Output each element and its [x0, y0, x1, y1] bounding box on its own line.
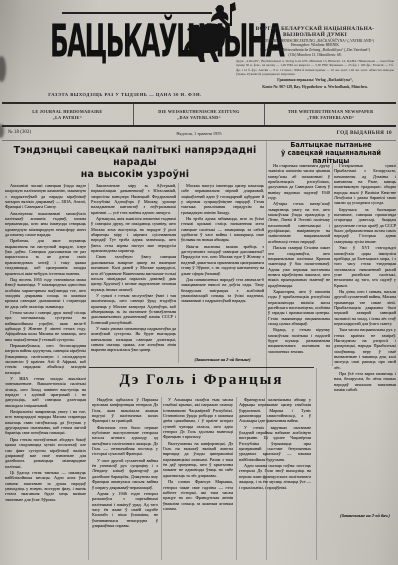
paragraph: Артыкулы, якія зьявіліся апошнімі тыдням… — [91, 216, 176, 253]
article-de-gaulle-colB: У Альжыры склаўся тым часам глыбокі крыз… — [163, 397, 233, 560]
paragraph: Фактычна гэта было першае публічнае выст… — [92, 425, 158, 457]
language-banner-german: DIE WEISSRUTHENISCHE ZEITUNG „DAS VATERL… — [134, 104, 266, 125]
paragraph: У гэткіх варунках пытаньне ўладнай перай… — [239, 425, 311, 462]
headline-line: Тэндэнцыі савецкай палітыкі напярэдадні … — [4, 145, 266, 169]
column-rule — [316, 368, 317, 560]
column-rule — [236, 397, 237, 560]
headline-de-gaulle: Дэ Голь і Францыя — [89, 372, 314, 389]
banner-line: „LA PATRIE“ — [2, 115, 133, 120]
paragraph: Аўтары гэтых матар’ялаў зьвяртаюць увагу… — [268, 201, 330, 244]
paragraph: У сувязі з гэтым заслугоўвае ўвагі і тая… — [91, 293, 176, 325]
column-rule — [88, 183, 89, 560]
headline-baltic-question: Балтыцкае пытаньне ў савецкай нацыянальн… — [266, 141, 396, 165]
paragraph: У Альжыры склаўся тым часам глыбокі крыз… — [163, 397, 233, 440]
scan-smudge — [0, 56, 6, 82]
paragraph: Назіральнікі зьвяртаюць увагу і на тое, … — [5, 409, 86, 436]
paragraph: Ня дзіва, што і сяньня, пасьля другой су… — [334, 289, 396, 326]
banner-line: „THE FATHERLAND“ — [265, 115, 396, 120]
paragraph: Выступаючы на канфэрэнцыі, Дэ Голь ня вы… — [163, 441, 233, 478]
column-rule — [161, 397, 162, 560]
article-soviet-policy-col3: Масква наогул імкнецца цяпер паказаць ся… — [181, 183, 264, 361]
imprint-line: (13b) München 13, Ohlmüllerstr. 68. — [236, 53, 394, 58]
newspaper-front-page: БАЦЬКАЎШЧЫНА ГАЗЭТА ВЫХОДЗІЦЬ РАЗ У ТЫДЗ… — [0, 0, 398, 565]
language-banners: LE JOURNAL HEBDOMADAIRE „LA PATRIE“ DIE … — [2, 104, 396, 125]
paragraph: Па словах Франсуа Марыяка, генэрал чакае… — [163, 479, 233, 511]
imprint-block: ВОРГАН БЕЛАРУСКАЙ НАЦЫЯНАЛЬНА- ВЫЗВОЛЬНА… — [236, 26, 394, 90]
paragraph: Характэрна, што ў апошнія гады ў прыбалт… — [268, 289, 330, 326]
headline-line: на высокім узроўні — [4, 169, 266, 181]
banner-line: „DAS VATERLAND“ — [134, 115, 265, 120]
article-soviet-policy-col2: Заключэньне міру зь Аўстрыяй, нармалізац… — [91, 183, 176, 361]
paragraph: У часе другой сусьветнай вайны ён узнача… — [92, 458, 158, 490]
pahonia-knight-icon — [181, 2, 239, 73]
paragraph: Ня трэба аднак забывацца, што за ўсімі г… — [181, 216, 264, 243]
paragraph: Пасьля сьмерці Сталіна шмат хто спадзява… — [268, 245, 330, 288]
rule — [2, 125, 396, 127]
paragraph: У такіх умовах пачынаецца падрыхтоўка да… — [91, 326, 176, 353]
paragraph: Праблема, для якое шукаюць вырашэньня на… — [5, 238, 86, 275]
paragraph: Аднак у 1946 годзе генэрал разышоўся з п… — [92, 491, 158, 528]
headline-line: Балтыцкае пытаньне — [266, 141, 396, 149]
language-banner-french: LE JOURNAL HEBDOMADAIRE „LA PATRIE“ — [2, 104, 134, 125]
continuation-note: (Заканчэньне на 2-ой бачыне) — [181, 357, 264, 364]
paragraph: Французскі каляніяльны абшар у Афрыцы пе… — [239, 397, 311, 424]
article-baltic-colB: Гістарычныя сувязі Прыбалтыкі з Беларусь… — [334, 163, 396, 510]
paragraph: Беручыся за балтыцкае пытаньне, савецкая… — [334, 207, 396, 244]
paragraph: Пераканаўшыся, што беспасярэдняя пагроза… — [5, 343, 86, 375]
paragraph: Гэтым часам і савецкі друк пачаў пісаць … — [5, 310, 86, 342]
continuation-note: (Заканчэньне на 2-ой бач.) — [334, 513, 396, 520]
paragraph: На старонках замежнага друку зьявіліся а… — [268, 163, 330, 200]
paragraph: Пра ўсё гэта варта памятаць і нам, белар… — [334, 371, 396, 392]
bank-line: Грашовыя пераказы: Verlag „Baćkaŭščyna“, — [236, 78, 394, 83]
article-de-gaulle-colA: Нядаўна адбылася ў Парыжы прэсавая канфэ… — [92, 397, 158, 560]
tagline: ГАЗЭТА ВЫХОДЗІЦЬ РАЗ У ТЫДЗЕНЬ — ЦАНА 30… — [10, 92, 240, 97]
paragraph: У ЗША гэтыя захады выклікалі занепакоень… — [5, 376, 86, 408]
column-rule — [178, 183, 179, 363]
paragraph: Заключэньне міру зь Аўстрыяй, нармалізац… — [91, 183, 176, 215]
paragraph: Гістарычныя сувязі Прыбалтыкі з Беларусь… — [334, 163, 396, 206]
paragraph: Відаць, у гэтым кірунку маскоўская паліт… — [268, 327, 330, 354]
paragraph: Тым часам нацыянальны рух у гэтых краіна… — [334, 327, 396, 370]
paragraph: Для паняволеных народаў гэта азначала-б … — [181, 277, 264, 304]
paragraph: Нядаўна адбылася ў Парыжы прэсавая канфэ… — [92, 397, 158, 424]
headline-soviet-policy: Тэндэнцыі савецкай палітыкі напярэдадні … — [4, 145, 266, 181]
article-soviet-policy-col1: Апошнімі часамі савецкая ўлада вядзе шыр… — [5, 183, 86, 560]
language-banner-english: THE WHITERUTHENIAN NEWSPAPER „THE FATHER… — [265, 104, 396, 125]
paragraph: Сваю галоўную ўвагу савецкая дыпляматыя … — [91, 254, 176, 291]
paragraph: Пад восень 1955 году становішча можа йзн… — [5, 277, 86, 309]
paragraph: Ужо ў XVI стагодзьдзі маскоўскія цары ім… — [334, 245, 396, 288]
column-rule — [332, 163, 333, 366]
paragraph: Аналізуючы выказваньні маскоўскіх паліты… — [5, 211, 86, 238]
paragraph: Пры гэткім настаўленьні абодвух бакоў ця… — [5, 437, 86, 469]
bank-line: Konto Nr. 907-129, Bay. Hypotheken- u. W… — [236, 85, 394, 90]
paragraph: Масква наогул імкнецца цяпер паказаць ся… — [181, 183, 264, 215]
paragraph: Ці ўдасца гэтая тактыка — пакажуць найбл… — [5, 470, 86, 502]
paragraph: Якія-ж высновы можна зрабіць з дагэтулеш… — [181, 244, 264, 276]
paragraph: Апошнімі часамі савецкая ўлада вядзе шыр… — [5, 183, 86, 210]
edition-year: ГОД ВЫДАНЬНЯ 10 — [337, 130, 392, 136]
paragraph: Адно можна сказаць пэўна: постаць генэра… — [239, 463, 311, 490]
subscription-prices: Друк: „LOGOS“, Buchdruckerei u. Verlag G… — [236, 59, 394, 76]
article-baltic-colA: На старонках замежнага друку зьявіліся а… — [268, 163, 330, 366]
article-de-gaulle-colC: Французскі каляніяльны абшар у Афрыцы пе… — [239, 397, 311, 560]
column-rule — [266, 141, 267, 560]
dateline: № 18 (302) Нядзеля, 1 травеня 1955 ГОД В… — [2, 128, 396, 139]
